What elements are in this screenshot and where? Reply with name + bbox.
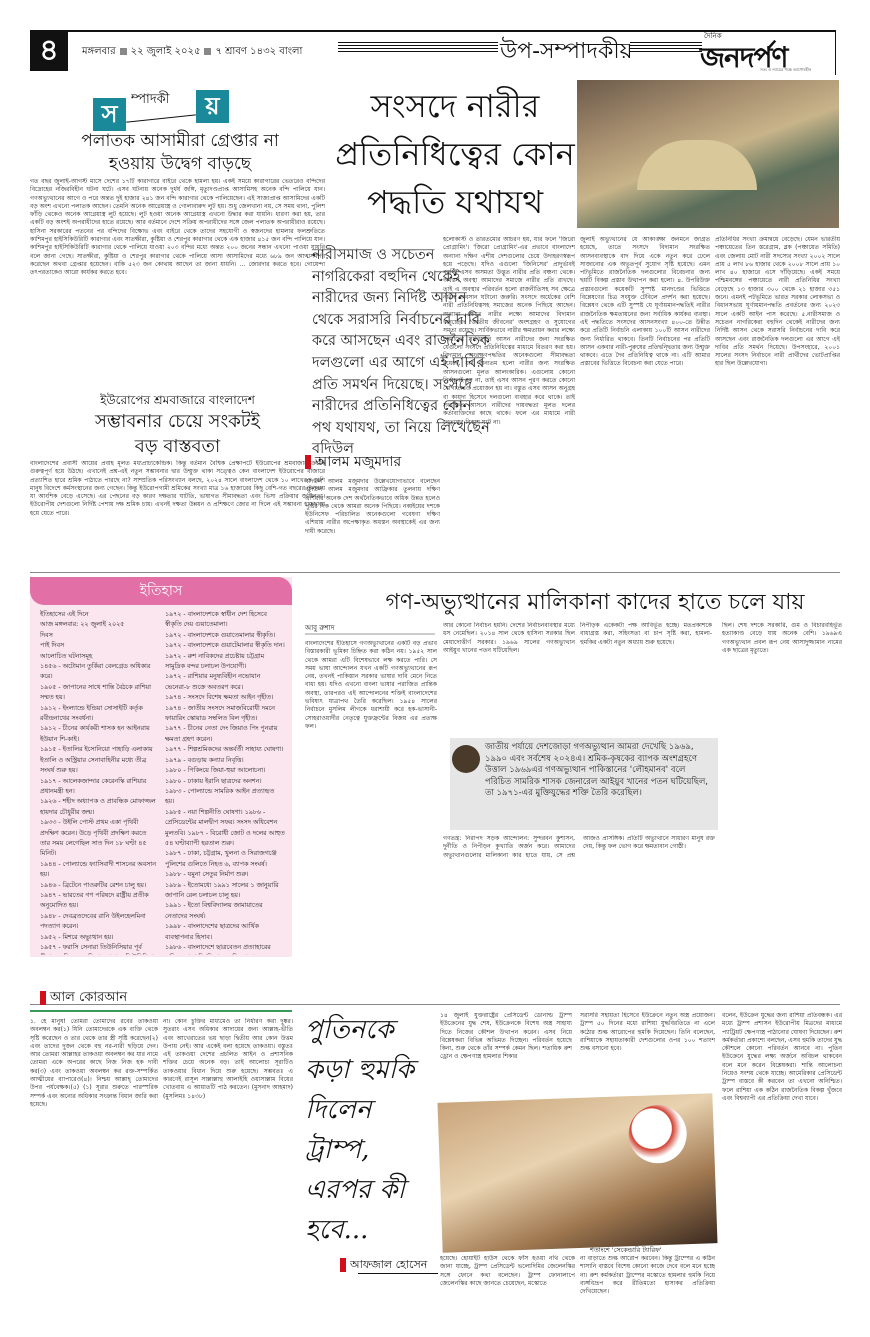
decorative-rules <box>630 42 702 53</box>
byline-underline <box>305 633 435 635</box>
quran-title-text: আল কোরআন <box>50 990 127 1005</box>
editorial-body: গত বছর জুলাই-আগস্ট মাসে দেশের ১৭টি কারাগ… <box>30 178 325 386</box>
putin-headline-line: পুতিনকে <box>305 1010 440 1050</box>
byline-name: আলম মজুমদার <box>315 454 401 470</box>
itihas-item: ১৯৪৮ - দেবব্রতদেবের রানি উইলহেলমিনা পদত্… <box>40 912 158 933</box>
itihas-item: ১৪৫৬ - অটোমান তুর্কিরা বেলগ্রেড অধিকার ক… <box>40 662 158 683</box>
date-bengali: ৭ শ্রাবণ ১৪৩২ বাংলা <box>215 46 302 57</box>
trump-putin-photo <box>437 1093 717 1253</box>
gana-col-3: নিপীড়ক একেকটা পক্ষ আবির্ভূত হচ্ছে। মতপ্… <box>580 622 712 734</box>
title-marker-icon <box>40 991 46 1005</box>
itihas-item: ১৯৮৭ - ঢাকা, চট্টগ্রাম, খুলনা ও সিরাজগঞ্… <box>165 849 285 870</box>
page-number: ৪ <box>30 31 68 71</box>
main-col-4: প্রতিনিধির সংখ্যা ক্রমান্বয়ে বেড়েছে। য… <box>715 236 840 570</box>
separator-square-icon <box>204 48 211 55</box>
itihas-item: ১৯৮০ - ঢাকায় ইরানি ছাত্রদের অনশন। <box>165 777 285 787</box>
europe-kicker: ইউরোপের শ্রমবাজারে বাংলাদেশ <box>30 392 325 412</box>
putin-headline-line: কড়া হুমকি <box>305 1050 440 1090</box>
section-title: উপ-সম্পাদকীয় <box>500 34 633 71</box>
itihas-item: ইতিহাসের এই দিনে <box>40 610 158 620</box>
quran-title: আল কোরআন <box>40 988 127 1009</box>
itihas-item: ১৯৯১ - ইতো বিশ্ববিদ্যালয় জামায়াতের নেত… <box>165 901 285 922</box>
itihas-item: দিবস <box>40 631 158 641</box>
itihas-title: ইতিহাস <box>30 577 292 605</box>
quran-col-2: না। কোন চুক্তির মাধ্যমেও তা নির্ধারণ করা… <box>163 1018 293 1330</box>
putin-col-2: সরাসরি সহায়তা হিসেবে ইউক্রেনে নতুন অস্ত… <box>580 1012 715 1094</box>
europe-headline-1: সম্ভাবনার চেয়ে সংকটই <box>30 410 325 434</box>
itihas-item: ১৯৭৪ - সংসদে বিশেষ ক্ষমতা আইন গৃহীত। <box>165 693 285 703</box>
putin-headline-line: এরপর কী <box>305 1170 440 1210</box>
editorial-headline-1: পলাতক আসামীরা গ্রেপ্তার না <box>30 130 330 152</box>
itihas-item: ১৯৭৭ - শিল্পশ্রমিকদের অন্তর্বর্তী সাহায্… <box>165 745 285 755</box>
itihas-item: ১৯৭৭ - চীনের নেতা দেং জিয়াও পিং পুনরায়… <box>165 724 285 745</box>
byline-underline <box>358 1273 438 1274</box>
main-col-3: জুলাই অভ্যুত্থানের যে আকাঙ্ক্ষা জনমনে জা… <box>580 236 710 570</box>
decorative-rules <box>338 42 498 53</box>
itihas-item: ১৯৭৪ - জাতীয় সংসদে সমাজবিরোধী দমনে ফায়… <box>165 704 285 725</box>
parliament-photo <box>577 80 839 228</box>
main-col-2: হলোকাস্ট ও তারতম্যের আচরণ হয়, যার ফলে '… <box>443 236 575 570</box>
itihas-item: ১৯৮৮ - যমুনা সেতুর নির্মাণ শুরু। <box>165 870 285 880</box>
itihas-item: ১৯৭২ - বাংলাদেশকে গুয়াটেমালার স্বীকৃতি … <box>165 641 285 651</box>
itihas-item: ১৯৮০ - পিকিংয়ে জিয়া-হুয়া আলোচনা। <box>165 766 285 776</box>
putin-col-1: ১৪ জুলাই যুক্তরাষ্ট্রের প্রেসিডেন্ট ডোনা… <box>440 1012 572 1094</box>
badge-word: ম্পাদকী <box>131 90 169 111</box>
main-intro: বদিউল আলম মজুমদার উল্লেখযোগ্যভাবে বলেছেন… <box>305 478 440 570</box>
itihas-item: ১৯১৭ - আলেকজান্দার কেরেনস্কি রাশিয়ার প্… <box>40 777 158 798</box>
byline-marker-icon <box>305 455 311 469</box>
itihas-item: ১৯৭২ - রুশ নাবিকদের প্রচেষ্টায় চট্টগ্রা… <box>165 652 285 673</box>
section-divider <box>30 572 840 573</box>
putin-below-1: হয়েছে। হোয়াইট হাউস থেকে ফাঁস হওয়া নথি… <box>440 1255 575 1305</box>
itihas-item: ১৯৮৬ - বাংলাদেশে ছাত্রবেতন প্রত্যাহারের … <box>165 943 285 955</box>
putin-headline: পুতিনকে কড়া হুমকি দিলেন ট্রাম্প, এরপর ক… <box>305 1010 440 1250</box>
itihas-item: ১৯৮৯ - ইতোমধ্যে ১৯৯১ সালের ১ জানুয়ারি জ… <box>165 881 285 902</box>
badge-letter-left: স <box>93 98 126 131</box>
badge-line <box>126 114 196 122</box>
europe-body: বাংলাদেশের প্রবাসী আয়ের প্রবাহ মূলত মধ্… <box>30 460 325 568</box>
itihas-item: ১৯৭২ - বাংলাদেশকে গুয়াতেমালার স্বীকৃতি। <box>165 631 285 641</box>
europe-headline-2: বড় বাস্তবতা <box>30 435 325 459</box>
itihas-item: ১৯৫২ - মিশরে অভ্যুত্থান হয়। <box>40 933 158 943</box>
main-headline-line: সংসদে নারীর <box>335 82 575 130</box>
gana-col-4: ছিল। শেষ দশকে সরকারি, গুম ও বিচারবহির্ভূ… <box>722 622 842 1000</box>
main-byline: আলম মজুমদার <box>305 450 401 474</box>
itihas-item: ১৯৮৫ - নয়া শিল্পনীতি ঘোষণা। ১৯৮৬ - প্রে… <box>165 808 285 850</box>
badge-letter-right: য় <box>196 90 229 123</box>
itihas-item: ১৯৩৩ - উইলি পোস্ট প্রথম একা পৃথিবী প্রদক… <box>40 818 158 860</box>
itihas-item: ১৯০৫ - জাপানের সাথে শান্তি বৈঠকে রাশিয়া… <box>40 683 158 704</box>
putin-col-4: বলেন, ইউক্রেন যুদ্ধের জন্য রাশিয়া প্রতি… <box>722 1012 842 1312</box>
itihas-item: ১৯৪৬ - ব্রিটেনে পাওরুটির রেশন চালু হয়। <box>40 881 158 891</box>
putin-headline-line: হবে... <box>305 1210 440 1250</box>
gana-col-1: বাংলাদেশের ইতিহাসে গণঅভ্যুত্থানের একটি ব… <box>305 640 437 1000</box>
byline-marker-icon <box>340 1258 346 1272</box>
football <box>628 1104 688 1164</box>
itihas-item: ১৯৪৪ - পোল্যান্ডে ফ্যাসিবাদী শাসনের অবসা… <box>40 860 158 881</box>
date-gregorian: ২২ জুলাই ২০২৫ <box>131 46 201 57</box>
putin-byline-name: আফজাল হোসেন <box>350 1258 427 1271</box>
main-headline: সংসদে নারীর প্রতিনিধিত্বের কোন পদ্ধতি যথ… <box>335 82 575 226</box>
itihas-item: ১৯২৬ - শহীদ অধ্যাপক ও প্রাবন্ধিক মোফাজ্জ… <box>40 797 158 818</box>
section-divider <box>30 1004 840 1005</box>
itihas-item: ১৯৭২ - বাংলাদেশকে স্বাধীন দেশ হিসেবে স্ব… <box>165 610 285 631</box>
itihas-item: ১৯১২ - ইংল্যান্ডে ইন্ডিয়া সোসাইটি কর্তৃ… <box>40 704 158 725</box>
itihas-item: ১৯৯৮ - বাংলাদেশের ছাত্রদের আর্থিক ব্যবস্… <box>165 922 285 943</box>
day: মঙ্গলবার <box>82 46 116 57</box>
brand-tagline: সত্য ও ন্যায়ের পক্ষে আপোষহীন <box>760 67 811 74</box>
quote-text: জাতীয় পর্যায়ে দেশজোড়া গণঅভ্যুত্থান আম… <box>485 742 713 800</box>
itihas-item: ১৯৮৩ - পোল্যান্ডে সামরিক আইন প্রত্যাহৃত … <box>165 787 285 808</box>
brand-logo: জনদর্পণ <box>700 36 787 83</box>
editorial-headline-2: হওয়ায় উদ্বেগ বাড়ছে <box>30 153 330 175</box>
itihas-item: ১৯৪৭ - ভারতের গণ পরিষদে রাষ্ট্রীয় প্রতী… <box>40 891 158 912</box>
gana-lower: গণতন্ত্র: নিরাপদ সড়ক আন্দোলন: সুন্দরবন … <box>443 835 715 1000</box>
itihas-item: ১৯৭৯ - বগুড়ায় কন্যার নিবৃত্তি। <box>165 756 285 766</box>
itihas-item: ১৯১৫ - ইতালির ইসোনিয়ো পাহাড়ি এলাকায় ই… <box>40 745 158 776</box>
dateline: মঙ্গলবার২২ জুলাই ২০২৫৭ শ্রাবণ ১৪৩২ বাংলা <box>82 44 302 61</box>
itihas-col-1: ইতিহাসের এই দিনেআজ মঙ্গলবার: ২২ জুলাই ২০… <box>40 610 158 955</box>
main-headline-line: পদ্ধতি যথাযথ <box>335 178 575 226</box>
quran-col-1: ১. হে মানুষ! তোমরা তোমাদের রবের তাকওয়া … <box>30 1018 158 1330</box>
itihas-item: আজ মঙ্গলবার: ২২ জুলাই ২০২৫ <box>40 620 158 630</box>
editorial-badge: স ম্পাদকী য় <box>93 90 233 130</box>
gana-headline: গণ-অভ্যুত্থানের মালিকানা কাদের হাতে চলে … <box>330 585 860 622</box>
itihas-item: ১৯১২ - চীনের কার্যকরী শাসক হন আইনরায় ইউ… <box>40 724 158 745</box>
itihas-col-2: ১৯৭২ - বাংলাদেশকে স্বাধীন দেশ হিসেবে স্ব… <box>165 610 285 955</box>
quran-rule <box>30 1010 292 1012</box>
gana-col-2: আর কোনো নির্বাচন হয়নি। দেশের নির্বাচনব্… <box>443 622 575 734</box>
quote-mark-icon <box>452 745 480 773</box>
putin-below-2: না বাড়াতে শুল্ক আরোপ করবেন। কিন্তু ট্রা… <box>580 1255 715 1305</box>
header-divider <box>835 30 836 75</box>
itihas-item: ১৯৭২ - রাশিয়ার মনুষ্যবিহীন নভোযান ভেনের… <box>165 672 285 693</box>
itihas-item: পাই দিবস <box>40 641 158 651</box>
separator-square-icon <box>120 48 127 55</box>
putin-headline-line: দিলেন ট্রাম্প, <box>305 1090 440 1170</box>
itihas-item: আলোচিত ঘটনাসমূহ <box>40 652 158 662</box>
itihas-item: ১৯৫৭ - ফরাসি সেনারা তিউনিসিয়ার পূর্ব সী… <box>40 943 158 955</box>
main-headline-line: প্রতিনিধিত্বের কোন <box>335 130 575 178</box>
parliament-floor <box>637 140 757 190</box>
